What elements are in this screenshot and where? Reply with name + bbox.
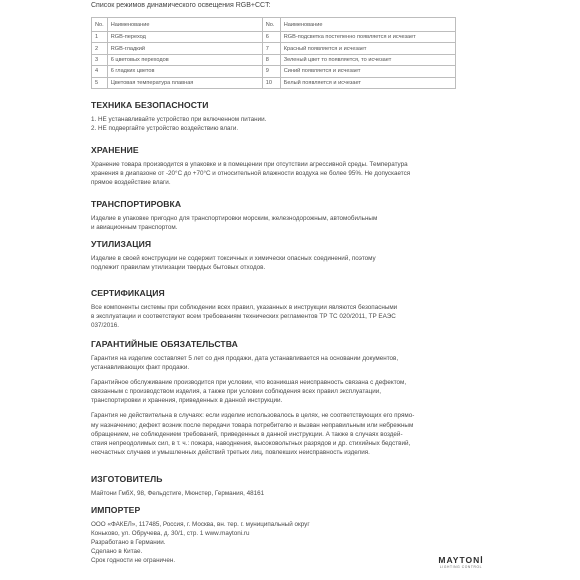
body-line: Изделие в своей конструкции не содержит … [91,254,481,263]
body-line: Гарантийное обслуживание производится пр… [91,378,481,387]
body-line: обращением, не соблюдением требований, п… [91,430,481,439]
mode-number: 3 [92,54,108,65]
header-no: No. [262,18,280,32]
table-row: 5 Цветовая температура плавная 10 Белый … [92,77,456,88]
mode-name: Цветовая температура плавная [107,77,262,88]
mode-name: RGB-гладкий [107,43,262,54]
maytoni-logo: MAYTONİ LIGHTING CONTROL [436,556,486,570]
mode-name: 6 гладких цветов [107,66,262,77]
body-line: несчастных случаев и умышленных действий… [91,448,481,457]
section-title: УТИЛИЗАЦИЯ [91,239,481,250]
body-line: 2. НЕ подвергайте устройство воздействию… [91,124,481,133]
table-row: 1 RGB-переход 6 RGB-подсветка постепенно… [92,32,456,43]
mode-number: 1 [92,32,108,43]
body-line: хранения в диапазоне от -20°C до +70°C и… [91,169,481,178]
section-safety: ТЕХНИКА БЕЗОПАСНОСТИ 1. НЕ устанавливайт… [91,100,481,133]
mode-name: Зеленый цвет то появляется, то исчезает [280,54,455,65]
body-line: Майтони ГмбХ, 98, Фельдстиге, Мюнстер, Г… [91,489,481,498]
mode-number: 2 [92,43,108,54]
section-importer: ИМПОРТЕР ООО «ФАКЕЛ», 117485, Россия, г.… [91,505,481,565]
mode-number: 8 [262,54,280,65]
mode-number: 9 [262,66,280,77]
body-line: устанавливающих факт продажи. [91,363,481,372]
body-line: транспортировки и хранения, приведенных … [91,396,481,405]
body-line: Сделано в Китае. [91,547,481,556]
body-line: в эксплуатации и соответствуют всем треб… [91,312,481,321]
modes-list-intro: Список режимов динамического освещения R… [91,1,271,10]
section-title: ИЗГОТОВИТЕЛЬ [91,474,481,485]
section-title: ИМПОРТЕР [91,505,481,516]
section-warranty: ГАРАНТИЙНЫЕ ОБЯЗАТЕЛЬСТВА Гарантия на из… [91,339,481,457]
mode-number: 7 [262,43,280,54]
mode-name: Красный появляется и исчезает [280,43,455,54]
table-row: 3 6 цветовых переходов 8 Зеленый цвет то… [92,54,456,65]
section-storage: ХРАНЕНИЕ Хранение товара производится в … [91,145,481,187]
body-line: 037/2016. [91,321,481,330]
section-title: СЕРТИФИКАЦИЯ [91,288,481,299]
body-line: Гарантия на изделие составляет 5 лет со … [91,354,481,363]
mode-name: RGB-подсветка постепенно появляется и ис… [280,32,455,43]
body-line: прямое воздействие влаги. [91,178,481,187]
body-line: Все компоненты системы при соблюдении вс… [91,303,481,312]
mode-name: Синий появляется и исчезает [280,66,455,77]
body-line: и авиационным транспортом. [91,223,481,232]
body-line: ООО «ФАКЕЛ», 117485, Россия, г. Москва, … [91,520,481,529]
section-title: ТРАНСПОРТИРОВКА [91,199,481,210]
header-name: Наименование [107,18,262,32]
mode-number: 6 [262,32,280,43]
section-disposal: УТИЛИЗАЦИЯ Изделие в своей конструкции н… [91,239,481,272]
table-header-row: No. Наименование No. Наименование [92,18,456,32]
mode-number: 5 [92,77,108,88]
body-line: Гарантия не действительна в случаях: есл… [91,411,481,420]
section-title: ТЕХНИКА БЕЗОПАСНОСТИ [91,100,481,111]
body-line: Изделие в упаковке пригодно для транспор… [91,214,481,223]
section-title: ХРАНЕНИЕ [91,145,481,156]
section-transport: ТРАНСПОРТИРОВКА Изделие в упаковке приго… [91,199,481,232]
logo-subtitle: LIGHTING CONTROL [436,565,486,570]
body-line: Хранение товара производится в упаковке … [91,160,481,169]
body-line: 1. НЕ устанавливайте устройство при вклю… [91,115,481,124]
lighting-modes-table: No. Наименование No. Наименование 1 RGB-… [91,17,456,89]
mode-name: Белый появляется и исчезает [280,77,455,88]
mode-name: RGB-переход [107,32,262,43]
body-line: Коньково, ул. Обручева, д. 30/1, стр. 1 … [91,529,481,538]
body-line: подлежит правилам утилизации твердых быт… [91,263,481,272]
header-no: No. [92,18,108,32]
section-title: ГАРАНТИЙНЫЕ ОБЯЗАТЕЛЬСТВА [91,339,481,350]
body-line: Разработано в Германии. [91,538,481,547]
table-row: 2 RGB-гладкий 7 Красный появляется и исч… [92,43,456,54]
mode-number: 10 [262,77,280,88]
body-line: Срок годности не ограничен. [91,556,481,565]
mode-number: 4 [92,66,108,77]
body-line: связанным с производством изделия, а так… [91,387,481,396]
section-manufacturer: ИЗГОТОВИТЕЛЬ Майтони ГмбХ, 98, Фельдстиг… [91,474,481,498]
logo-brand: MAYTONİ [436,556,486,565]
table-row: 4 6 гладких цветов 9 Синий появляется и … [92,66,456,77]
section-certification: СЕРТИФИКАЦИЯ Все компоненты системы при … [91,288,481,330]
body-line: му назначению; дефект возник после перед… [91,421,481,430]
body-line: ствия непреодолимых сил, в т. ч.: пожара… [91,439,481,448]
header-name: Наименование [280,18,455,32]
mode-name: 6 цветовых переходов [107,54,262,65]
